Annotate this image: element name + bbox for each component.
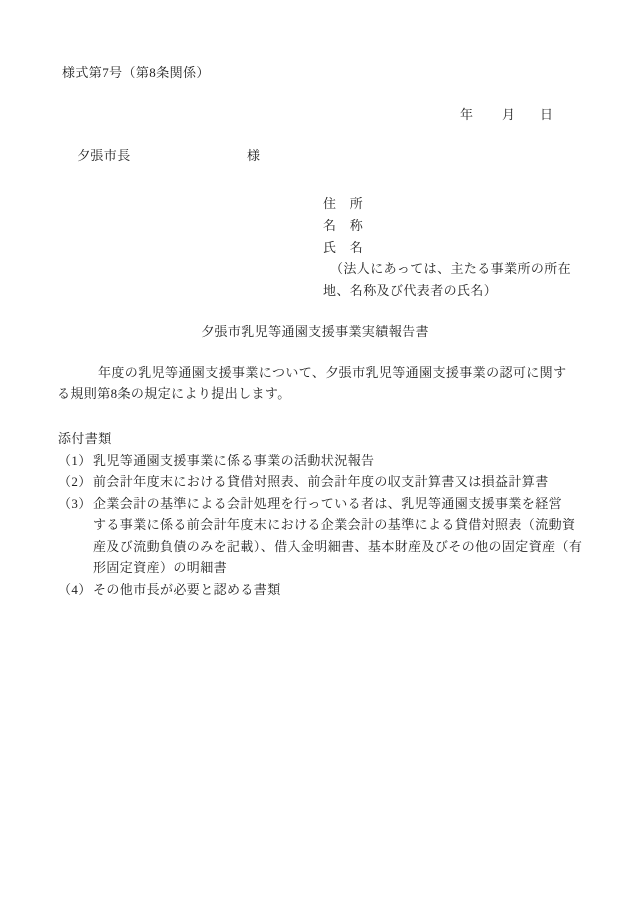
- document-page: 様式第7号（第8条関係） 年 月 日 夕張市長 様 住 所 名 称 氏 名 （法…: [0, 0, 630, 903]
- attachment-text: その他市長が必要と認める書類: [93, 580, 281, 600]
- attachment-text: 前会計年度末における貸借対照表、前会計年度の収支計算書又は損益計算書: [93, 472, 549, 492]
- corporate-note-line-2: 地、名称及び代表者の氏名）: [323, 281, 497, 301]
- attachment-line: （4） その他市長が必要と認める書類: [58, 580, 281, 600]
- applicant-person-label: 氏 名: [323, 238, 363, 258]
- recipient-honorific: 様: [247, 146, 260, 166]
- attachment-marker: （4）: [58, 580, 93, 600]
- applicant-address-label: 住 所: [323, 194, 363, 214]
- attachment-text: する事業に係る前会計年度末における企業会計の基準による貸借対照表（流動資: [93, 515, 575, 535]
- corporate-note-line-1: （法人にあっては、主たる事業所の所在: [330, 259, 571, 279]
- recipient-name: 夕張市長: [77, 146, 131, 166]
- attachment-marker: （3）: [58, 494, 93, 514]
- attachment-marker: [58, 515, 93, 535]
- attachment-line: （3） 企業会計の基準による会計処理を行っている者は、乳児等通園支援事業を経営: [58, 494, 562, 514]
- attachment-text: 企業会計の基準による会計処理を行っている者は、乳児等通園支援事業を経営: [93, 494, 562, 514]
- body-paragraph-line-1: 年度の乳児等通園支援事業について、夕張市乳児等通園支援事業の認可に関す: [98, 363, 566, 383]
- month-label: 月: [502, 105, 515, 125]
- attachment-text: 形固定資産）の明細書: [93, 558, 227, 578]
- attachments-heading: 添付書類: [58, 429, 112, 449]
- date-line: 年 月 日: [0, 105, 630, 125]
- form-number-label: 様式第7号（第8条関係）: [62, 63, 210, 83]
- attachment-line: する事業に係る前会計年度末における企業会計の基準による貸借対照表（流動資: [58, 515, 575, 535]
- year-label: 年: [460, 105, 473, 125]
- applicant-name-label: 名 称: [323, 216, 363, 236]
- day-label: 日: [540, 105, 553, 125]
- addressee-line: 夕張市長 様: [0, 146, 630, 166]
- body-paragraph-line-2: る規則第8条の規定により提出します。: [57, 384, 291, 404]
- attachment-line: 産及び流動負債のみを記載）、借入金明細書、基本財産及びその他の固定資産（有: [58, 537, 582, 557]
- attachment-text: 産及び流動負債のみを記載）、借入金明細書、基本財産及びその他の固定資産（有: [93, 537, 582, 557]
- attachment-line: （2） 前会計年度末における貸借対照表、前会計年度の収支計算書又は損益計算書: [58, 472, 549, 492]
- attachment-text: 乳児等通園支援事業に係る事業の活動状況報告: [93, 451, 374, 471]
- attachment-line: 形固定資産）の明細書: [58, 558, 227, 578]
- attachment-marker: （2）: [58, 472, 93, 492]
- attachment-marker: [58, 537, 93, 557]
- attachment-marker: [58, 558, 93, 578]
- document-title: 夕張市乳児等通園支援事業実績報告書: [0, 322, 630, 342]
- attachment-marker: （1）: [58, 451, 93, 471]
- attachment-line: （1） 乳児等通園支援事業に係る事業の活動状況報告: [58, 451, 374, 471]
